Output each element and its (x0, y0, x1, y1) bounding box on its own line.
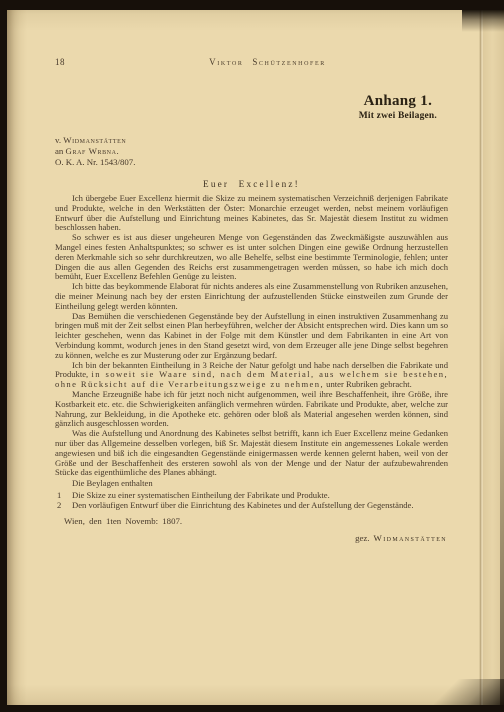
sender-line: v. Widmanstätten (55, 135, 448, 146)
salutation: Euer Excellenz! (55, 179, 448, 189)
paragraph: Manche Erzeugniße habe ich für jetzt noc… (55, 390, 448, 429)
sender-line: O. K. A. Nr. 1543/807. (55, 157, 448, 168)
signature-name: Widmanstätten (374, 533, 448, 543)
signature: gez.Widmanstätten (55, 533, 448, 543)
running-header-title: Viktor Schützenhofer (107, 57, 428, 67)
appendix-heading-block: Anhang 1. Mit zwei Beilagen. (359, 94, 437, 121)
book-page: 18 Viktor Schützenhofer Anhang 1. Mit zw… (7, 10, 504, 705)
letter-body: Ich übergebe Euer Excellenz hiermit die … (55, 194, 448, 478)
paragraph: Das Bemühen die verschiedenen Gegenständ… (55, 312, 448, 361)
text-run: an (55, 146, 66, 156)
sender-block: v. Widmanstättenan Graf Wrbna.O. K. A. N… (55, 135, 448, 168)
text-run: O. K. A. Nr. 1543/807. (55, 157, 135, 167)
paragraph: Ich bitte das beykommende Elaborat für n… (55, 282, 448, 311)
appendix-title: Anhang 1. (359, 94, 437, 109)
enclosure-text: Den vorläufigen Entwurf über die Einrich… (72, 500, 414, 510)
enclosures-list: 1Die Skize zu einer systematischen Einth… (55, 490, 448, 510)
text-run: So schwer es ist aus dieser ungeheuren M… (55, 232, 448, 281)
enclosure-number: 1 (57, 490, 61, 500)
page-content: 18 Viktor Schützenhofer Anhang 1. Mit zw… (55, 10, 448, 543)
enclosures-intro: Die Beylagen enthalten (55, 478, 448, 489)
enclosure-item: 2Den vorläufigen Entwurf über die Einric… (55, 500, 448, 510)
paragraph: Ich übergebe Euer Excellenz hiermit die … (55, 194, 448, 233)
text-run: Was die Aufstellung und Anordnung des Ka… (55, 428, 448, 477)
appendix-subtitle: Mit zwei Beilagen. (359, 111, 437, 121)
gutter-shadow-top (462, 10, 504, 32)
text-run: unter Rubriken gebracht. (324, 379, 412, 389)
gutter-shadow-bottom (434, 679, 504, 705)
text-run: Das Bemühen die verschiedenen Gegenständ… (55, 311, 448, 360)
page-number: 18 (55, 57, 91, 67)
text-run: Graf Wrbna. (66, 146, 120, 156)
dateline: Wien, den 1ten Novemb: 1807. (55, 516, 448, 526)
paragraph: So schwer es ist aus dieser ungeheuren M… (55, 233, 448, 282)
text-run: v. (55, 135, 63, 145)
sender-line: an Graf Wrbna. (55, 146, 448, 157)
page-edge-shadow (500, 323, 504, 705)
paragraph: Ich bin der bekannten Eintheilung in 3 R… (55, 361, 448, 390)
paragraph: Was die Aufstellung und Anordnung des Ka… (55, 429, 448, 478)
text-run: Ich bitte das beykommende Elaborat für n… (55, 281, 448, 311)
signature-prefix: gez. (355, 533, 369, 543)
enclosure-number: 2 (57, 500, 61, 510)
enclosure-text: Die Skize zu einer systematischen Einthe… (72, 490, 330, 500)
enclosure-item: 1Die Skize zu einer systematischen Einth… (55, 490, 448, 500)
text-run: Widmanstätten (63, 135, 126, 145)
text-run: Manche Erzeugniße habe ich für jetzt noc… (55, 389, 448, 428)
book-scan: 18 Viktor Schützenhofer Anhang 1. Mit zw… (0, 0, 504, 712)
text-run: Ich übergebe Euer Excellenz hiermit die … (55, 193, 448, 232)
running-header: 18 Viktor Schützenhofer (55, 57, 448, 67)
page-gutter-crease (479, 10, 483, 705)
